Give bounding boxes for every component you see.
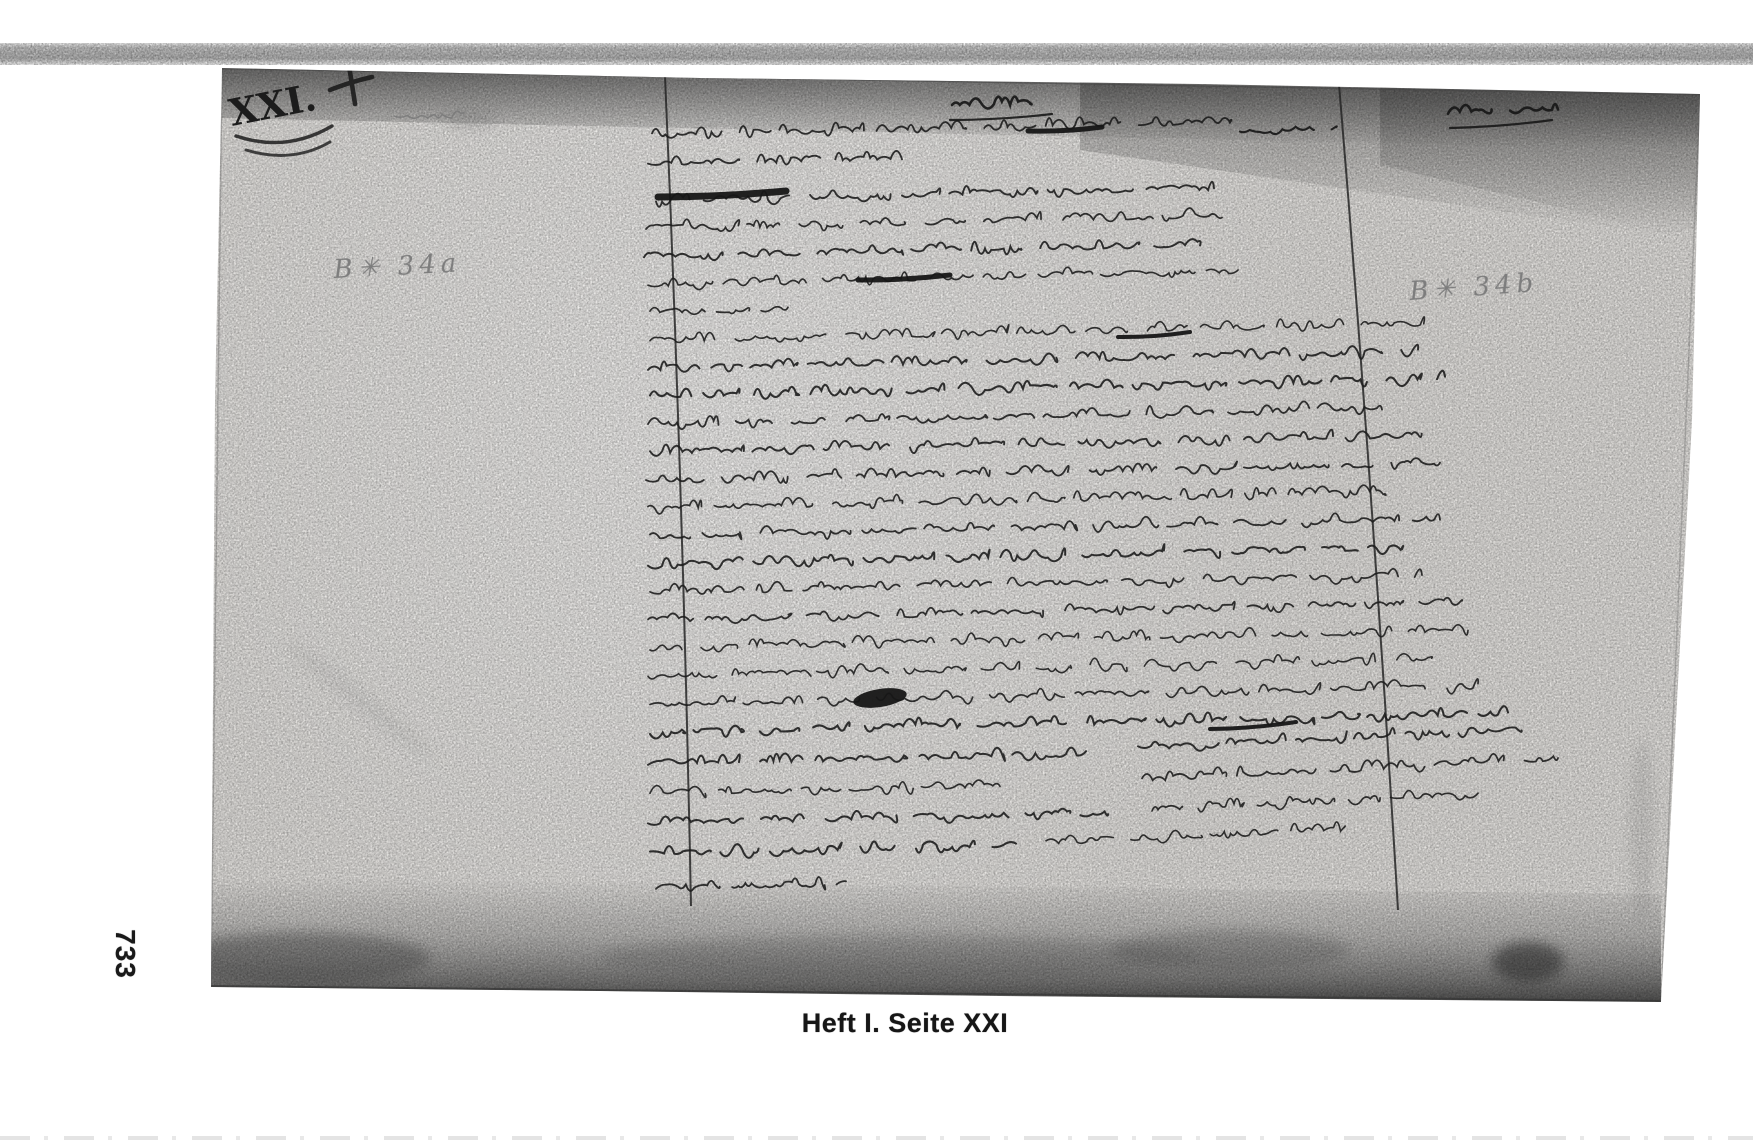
book-page: XXI. B✳ 34a B✳ 34b 733 Heft I. Seite XXI (0, 0, 1753, 1145)
scan-noise-band (0, 42, 1753, 66)
plate-caption: Heft I. Seite XXI (705, 1008, 1105, 1039)
scan-edge-dashes (0, 1136, 1753, 1140)
photo-area: XXI. B✳ 34a B✳ 34b (170, 60, 1720, 1020)
photo-grain (200, 60, 1720, 1020)
page-number: 733 (109, 923, 141, 985)
manuscript-photo: XXI. B✳ 34a B✳ 34b (0, 0, 1753, 1145)
